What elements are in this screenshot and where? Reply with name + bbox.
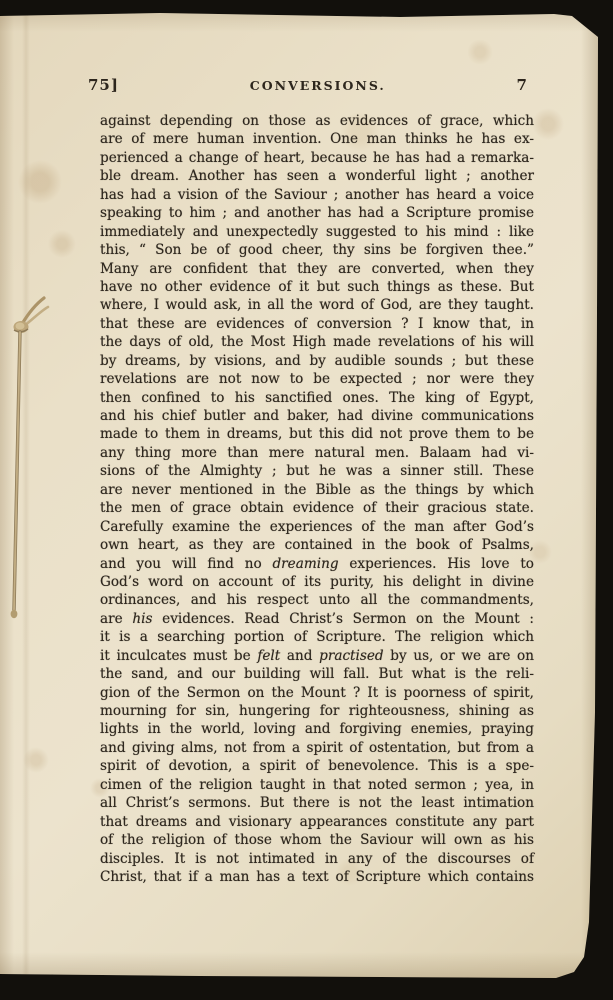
text-line: sions of the Almighty ; but he was a sin…: [100, 462, 534, 480]
text-line: revelations are not now to be expected ;…: [100, 370, 534, 388]
text-line: gion of the Sermon on the Mount ? It is …: [100, 684, 534, 702]
text-line: all Christ’s sermons. But there is not t…: [100, 794, 534, 812]
text-line: that dreams and visionary appearances co…: [100, 813, 534, 831]
text-line: ble dream. Another has seen a wonderful …: [100, 167, 534, 185]
text-line: Christ, that if a man has a text of Scri…: [100, 868, 534, 886]
text-line: perienced a change of heart, because he …: [100, 149, 534, 167]
text-line: any thing more than mere natural men. Ba…: [100, 444, 534, 462]
text-line: cimen of the religion taught in that not…: [100, 776, 534, 794]
text-line: speaking to him ; and another has had a …: [100, 204, 534, 222]
text-line: made to them in dreams, but this did not…: [100, 425, 534, 443]
text-line: this, “ Son be of good cheer, thy sins b…: [100, 241, 534, 259]
running-title: CONVERSIONS.: [250, 78, 386, 93]
binding-thread-icon: [0, 280, 70, 640]
text-line: then confined to his sanctified ones. Th…: [100, 389, 534, 407]
text-line: lights in the world, loving and forgivin…: [100, 720, 534, 738]
signature-mark: 75]: [88, 76, 119, 94]
text-line: Carefully examine the experiences of the…: [100, 518, 534, 536]
text-line: that these are evidences of conversion ?…: [100, 315, 534, 333]
page-number: 7: [517, 76, 527, 94]
text-line: by dreams, by visions, and by audible so…: [100, 352, 534, 370]
text-line: Many are confident that they are convert…: [100, 260, 534, 278]
page-header: 75] CONVERSIONS. 7: [88, 76, 527, 94]
text-line: where, I would ask, in all the word of G…: [100, 296, 534, 314]
text-line: are of mere human invention. One man thi…: [100, 130, 534, 148]
text-line: and you will find no dreaming experience…: [100, 555, 534, 573]
text-line: and his chief butler and baker, had divi…: [100, 407, 534, 425]
text-line: own heart, as they are contained in the …: [100, 536, 534, 554]
text-line: the men of grace obtain evidence of thei…: [100, 499, 534, 517]
text-line: mourning for sin, hungering for righteou…: [100, 702, 534, 720]
text-line: and giving alms, not from a spirit of os…: [100, 739, 534, 757]
book-page: 75] CONVERSIONS. 7 against depending on …: [0, 12, 599, 978]
body-text: against depending on those as evidences …: [100, 112, 534, 886]
text-line: are never mentioned in the Bible as the …: [100, 481, 534, 499]
text-line: God’s word on account of its purity, his…: [100, 573, 534, 591]
text-line: ordinances, and his respect unto all the…: [100, 591, 534, 609]
text-line: of the religion of those whom the Saviou…: [100, 831, 534, 849]
text-line: against depending on those as evidences …: [100, 112, 534, 130]
text-line: have no other evidence of it but such th…: [100, 278, 534, 296]
text-line: it is a searching portion of Scripture. …: [100, 628, 534, 646]
text-line: disciples. It is not intimated in any of…: [100, 850, 534, 868]
text-line: spirit of devotion, a spirit of benevole…: [100, 757, 534, 775]
text-line: the days of old, the Most High made reve…: [100, 333, 534, 351]
text-line: has had a vision of the Saviour ; anothe…: [100, 186, 534, 204]
text-line: are his evidences. Read Christ’s Sermon …: [100, 610, 534, 628]
text-line: the sand, and our building will fall. Bu…: [100, 665, 534, 683]
text-line: it inculcates must be felt and practised…: [100, 647, 534, 665]
text-line: immediately and unexpectedly suggested t…: [100, 223, 534, 241]
